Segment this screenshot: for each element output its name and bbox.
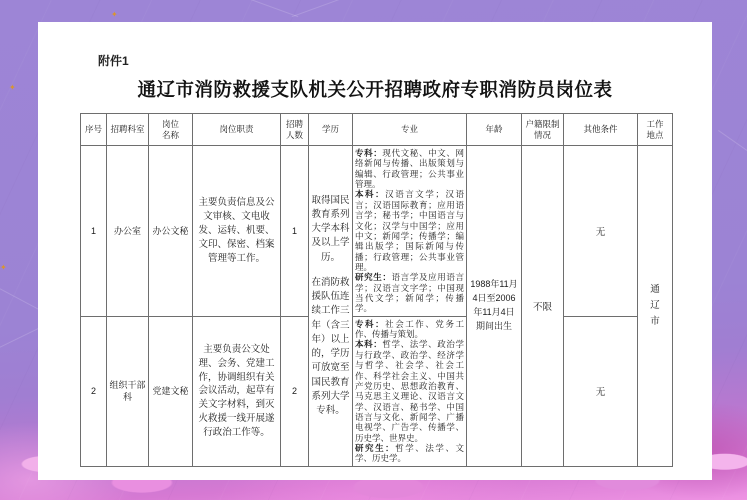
table-row-1: 1 办公室 办公文秘 主要负责信息及公文审核、文电收发、运转、机要、文印、保密、…: [81, 146, 673, 317]
cell-duties: 主要负责信息及公文审核、文电收发、运转、机要、文印、保密、档案管理等工作。: [193, 146, 281, 317]
cell-age-merged: 1988年11月4日至2006年11月4日期间出生: [467, 146, 522, 467]
cell-majors: 专科：社会工作、党务工作、传播与策划。 本科：哲学、法学、政治学与行政学、政治学…: [353, 316, 467, 466]
cell-count: 1: [281, 146, 309, 317]
cell-other-conditions: 无: [564, 316, 638, 466]
sparkle-icon: ✦: [111, 11, 118, 19]
cell-department: 办公室: [107, 146, 149, 317]
cell-seq: 2: [81, 316, 107, 466]
major-segment: 研究生：哲学、法学、文学、历史学。: [355, 443, 464, 464]
screenshot-stage: ✦ ✦ ✦ 附件1 通辽市消防救援支队机关公开招聘政府专职消防员岗位表 序号 招…: [0, 0, 747, 500]
cell-count: 2: [281, 316, 309, 466]
cell-seq: 1: [81, 146, 107, 317]
sparkle-icon: ✦: [0, 264, 7, 272]
major-segment: 本科：哲学、法学、政治学与行政学、政治学、经济学与哲学、社会学、社会工作、科学社…: [355, 339, 464, 443]
header-department: 招聘科室: [107, 114, 149, 146]
education-paragraph-2: 在消防救援队伍连续工作三年（含三年）以上的，学历可放宽至国民教育系列大学专科。: [311, 276, 350, 419]
page-title: 通辽市消防救援支队机关公开招聘政府专职消防员岗位表: [38, 76, 712, 102]
cell-duties: 主要负责公文处理、会务、党建工作，协调组织有关会议活动，起草有关文字材料，到灭火…: [193, 316, 281, 466]
cell-majors: 专科：现代文秘、中文、网络新闻与传播、出版策划与编辑、行政管理；公共事业管理。 …: [353, 146, 467, 317]
sparkle-icon: ✦: [9, 84, 16, 92]
cell-location-merged: 通辽市: [638, 146, 673, 467]
major-segment: 专科：社会工作、党务工作、传播与策划。: [355, 319, 464, 340]
table-row-2: 2 组织干部科 党建文秘 主要负责公文处理、会务、党建工作，协调组织有关会议活动…: [81, 316, 673, 466]
document-page: 附件1 通辽市消防救援支队机关公开招聘政府专职消防员岗位表 序号 招聘科室 岗位…: [38, 22, 712, 480]
attachment-label: 附件1: [98, 52, 129, 69]
cell-other-conditions: 无: [564, 146, 638, 317]
header-count: 招聘人数: [281, 114, 309, 146]
education-paragraph-1: 取得国民教育系列大学本科及以上学历。: [311, 194, 350, 265]
cell-position: 党建文秘: [149, 316, 193, 466]
positions-table: 序号 招聘科室 岗位名称 岗位职责 招聘人数 学历 专业 年龄 户籍限制情况 其…: [80, 113, 673, 467]
header-position: 岗位名称: [149, 114, 193, 146]
cell-department: 组织干部科: [107, 316, 149, 466]
major-segment: 本科：汉语言文学；汉语言；汉语国际教育；应用语言学；秘书学；中国语言与文化；汉学…: [355, 189, 464, 272]
major-segment: 专科：现代文秘、中文、网络新闻与传播、出版策划与编辑、行政管理；公共事业管理。: [355, 148, 464, 189]
header-major: 专业: [353, 114, 467, 146]
cell-household-merged: 不限: [522, 146, 564, 467]
table-header-row: 序号 招聘科室 岗位名称 岗位职责 招聘人数 学历 专业 年龄 户籍限制情况 其…: [81, 114, 673, 146]
cell-education-merged: 取得国民教育系列大学本科及以上学历。 在消防救援队伍连续工作三年（含三年）以上的…: [309, 146, 353, 467]
header-age: 年龄: [467, 114, 522, 146]
cell-position: 办公文秘: [149, 146, 193, 317]
header-education: 学历: [309, 114, 353, 146]
header-seq: 序号: [81, 114, 107, 146]
header-duties: 岗位职责: [193, 114, 281, 146]
header-other: 其他条件: [564, 114, 638, 146]
major-segment: 研究生：语言学及应用语言学；汉语言文字学；中国现当代文学；新闻学；传播学。: [355, 272, 464, 313]
header-location: 工作地点: [638, 114, 673, 146]
header-household: 户籍限制情况: [522, 114, 564, 146]
